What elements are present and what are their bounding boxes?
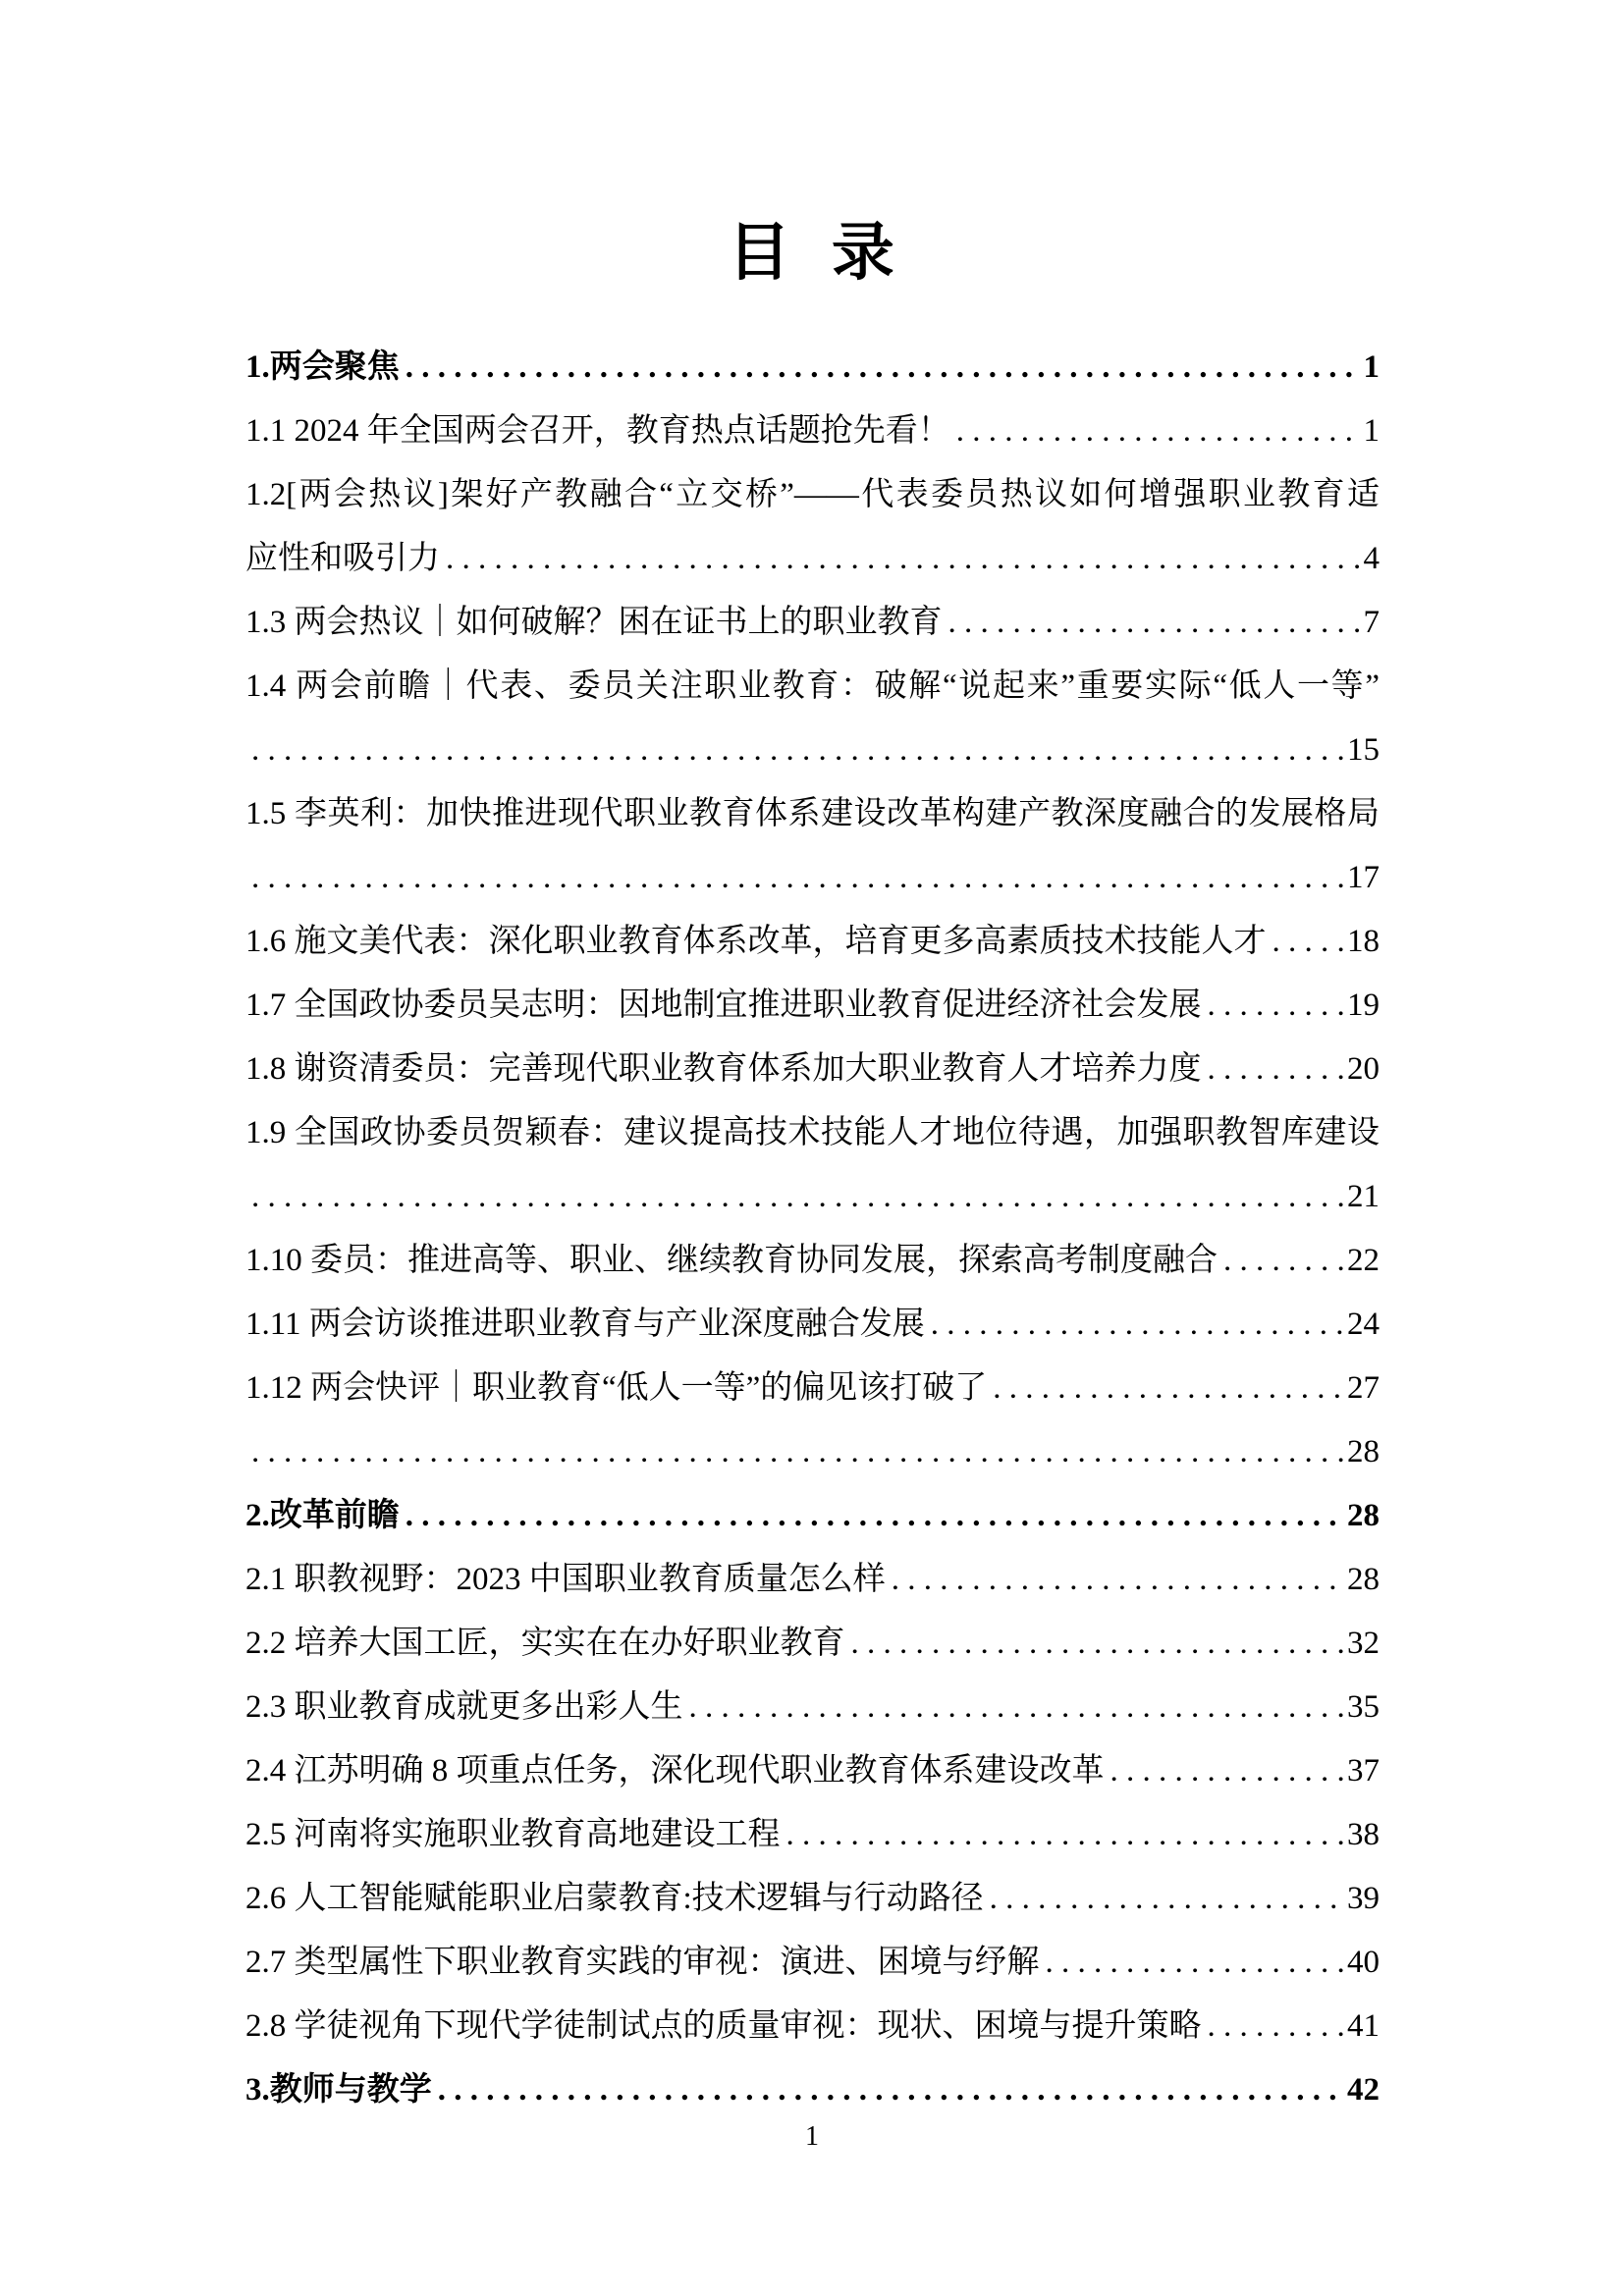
toc-leader-dots: . . . . . . . . . . . . . . . . . . . . … — [984, 1867, 1345, 1931]
toc-page-number: 20 — [1345, 1038, 1380, 1101]
toc-leader-dots: . . . . . . . . . . . . . . . . . . . . … — [245, 719, 1345, 782]
toc-leader-dots: . . . . . . . . . . . . . . . . . . . . … — [943, 591, 1362, 655]
toc-entry[interactable]: 1.5 李英利：加快推进现代职业教育体系建设改革构建产教深度融合的发展格局 — [245, 782, 1380, 846]
toc-page-number: 18 — [1345, 910, 1380, 974]
toc-leader-dots: . . . . . . . . . . . . . . . . . . . . … — [886, 1548, 1345, 1612]
toc-leader-dots: . . . . . . . . . . . . . . . . . . . . … — [1040, 1931, 1346, 1995]
toc-entry[interactable]: 2.7 类型属性下职业教育实践的审视：演进、困境与纾解. . . . . . .… — [245, 1931, 1380, 1995]
toc-page-number: 42 — [1345, 2058, 1380, 2122]
toc-title: 目 录 — [0, 214, 1624, 291]
toc-entry-text: 2.2 培养大国工匠，实实在在办好职业教育 — [245, 1612, 845, 1676]
toc-entry[interactable]: 1.4 两会前瞻｜代表、委员关注职业教育：破解“说起来”重要实际“低人一等” — [245, 655, 1380, 719]
toc-page-number: 19 — [1345, 974, 1380, 1038]
toc-entry-text: 1.两会聚焦 — [245, 336, 400, 400]
toc-page-number: 28 — [1345, 1420, 1380, 1484]
toc-entry[interactable]: 1.10 委员：推进高等、职业、继续教育协同发展，探索高考制度融合. . . .… — [245, 1229, 1380, 1293]
toc-entry[interactable]: 1.7 全国政协委员吴志明：因地制宜推进职业教育促进经济社会发展. . . . … — [245, 974, 1380, 1038]
toc-page-number: 17 — [1345, 846, 1380, 910]
toc-entry[interactable]: 1.2[两会热议]架好产教融合“立交桥”——代表委员热议如何增强职业教育适 — [245, 463, 1380, 527]
document-page: 目 录 1.两会聚焦. . . . . . . . . . . . . . . … — [0, 0, 1624, 2296]
toc-entry-text: 应性和吸引力 — [245, 527, 440, 591]
toc-entry[interactable]: 2.8 学徒视角下现代学徒制试点的质量审视：现状、困境与提升策略. . . . … — [245, 1995, 1380, 2058]
toc-leader-dots: . . . . . . . . . . . . . . . . . . . . … — [845, 1612, 1346, 1676]
toc-leader-dots: . . . . . . . . . . . . . . . . . . . . … — [245, 1420, 1345, 1484]
toc-page-number: 28 — [1345, 1484, 1380, 1548]
toc-entry[interactable]: 2.改革前瞻. . . . . . . . . . . . . . . . . … — [245, 1484, 1380, 1548]
toc-entry[interactable]: . . . . . . . . . . . . . . . . . . . . … — [245, 846, 1380, 910]
page-footer: 1 — [0, 2120, 1624, 2154]
toc-entry-text: 1.12 两会快评｜职业教育“低人一等”的偏见该打破了 — [245, 1357, 987, 1420]
toc-leader-dots: . . . . . . . . . . . . . . . . . . . . … — [781, 1803, 1346, 1867]
toc-leader-dots: . . . . . . . . . . . . . . . . . . . . … — [440, 527, 1362, 591]
toc-entry-text: 2.4 江苏明确 8 项重点任务，深化现代职业教育体系建设改革 — [245, 1739, 1105, 1803]
toc-entry[interactable]: 1.6 施文美代表：深化职业教育体系改革，培育更多高素质技术技能人才. . . … — [245, 910, 1380, 974]
toc-leader-dots: . . . . . . . . . . . . . . . . . . . . … — [400, 336, 1362, 400]
toc-entry-text: 2.8 学徒视角下现代学徒制试点的质量审视：现状、困境与提升策略 — [245, 1995, 1202, 2058]
toc-entry-text: 1.6 施文美代表：深化职业教育体系改革，培育更多高素质技术技能人才 — [245, 910, 1267, 974]
toc-page-number: 21 — [1345, 1165, 1380, 1229]
toc-page-number: 39 — [1345, 1867, 1380, 1931]
toc-entry-text: 1.4 两会前瞻｜代表、委员关注职业教育：破解“说起来”重要实际“低人一等” — [245, 668, 1380, 704]
toc-page-number: 35 — [1345, 1676, 1380, 1739]
toc-page-number: 40 — [1345, 1931, 1380, 1995]
toc-entry[interactable]: 应性和吸引力. . . . . . . . . . . . . . . . . … — [245, 527, 1380, 591]
toc-leader-dots: . . . . . . . . . . . . . . . . . . . . … — [1267, 910, 1346, 974]
toc-list: 1.两会聚焦. . . . . . . . . . . . . . . . . … — [245, 336, 1380, 2122]
page-number: 1 — [805, 2121, 819, 2152]
toc-entry[interactable]: . . . . . . . . . . . . . . . . . . . . … — [245, 1165, 1380, 1229]
toc-entry-text: 2.5 河南将实施职业教育高地建设工程 — [245, 1803, 781, 1867]
toc-entry-text: 1.2[两会热议]架好产教融合“立交桥”——代表委员热议如何增强职业教育适 — [245, 477, 1380, 512]
toc-page-number: 38 — [1345, 1803, 1380, 1867]
toc-entry[interactable]: 1.9 全国政协委员贺颖春：建议提高技术技能人才地位待遇，加强职教智库建设 — [245, 1101, 1380, 1165]
toc-leader-dots: . . . . . . . . . . . . . . . . . . . . … — [1202, 1038, 1346, 1101]
toc-leader-dots: . . . . . . . . . . . . . . . . . . . . … — [400, 1484, 1345, 1548]
toc-page-number: 27 — [1345, 1357, 1380, 1420]
toc-leader-dots: . . . . . . . . . . . . . . . . . . . . … — [1202, 974, 1346, 1038]
toc-leader-dots: . . . . . . . . . . . . . . . . . . . . … — [1218, 1229, 1345, 1293]
toc-page-number: 41 — [1345, 1995, 1380, 2058]
toc-entry[interactable]: 2.6 人工智能赋能职业启蒙教育:技术逻辑与行动路径. . . . . . . … — [245, 1867, 1380, 1931]
toc-page-number: 15 — [1345, 719, 1380, 782]
toc-entry[interactable]: . . . . . . . . . . . . . . . . . . . . … — [245, 719, 1380, 782]
toc-leader-dots: . . . . . . . . . . . . . . . . . . . . … — [987, 1357, 1345, 1420]
toc-entry-text: 2.3 职业教育成就更多出彩人生 — [245, 1676, 683, 1739]
toc-entry[interactable]: 1.8 谢资清委员：完善现代职业教育体系加大职业教育人才培养力度. . . . … — [245, 1038, 1380, 1101]
toc-leader-dots: . . . . . . . . . . . . . . . . . . . . … — [245, 1165, 1345, 1229]
toc-entry-text: 1.3 两会热议｜如何破解？困在证书上的职业教育 — [245, 591, 943, 655]
toc-entry-text: 2.6 人工智能赋能职业启蒙教育:技术逻辑与行动路径 — [245, 1867, 984, 1931]
toc-entry-text: 1.1 2024 年全国两会召开，教育热点话题抢先看！ — [245, 400, 950, 463]
toc-page-number: 1 — [1362, 336, 1380, 400]
toc-entry[interactable]: 2.5 河南将实施职业教育高地建设工程. . . . . . . . . . .… — [245, 1803, 1380, 1867]
toc-entry-text: 2.1 职教视野：2023 中国职业教育质量怎么样 — [245, 1548, 886, 1612]
toc-entry-text: 2.改革前瞻 — [245, 1484, 400, 1548]
toc-page-number: 24 — [1345, 1293, 1380, 1357]
toc-leader-dots: . . . . . . . . . . . . . . . . . . . . … — [245, 846, 1345, 910]
toc-entry[interactable]: 1.1 2024 年全国两会召开，教育热点话题抢先看！. . . . . . .… — [245, 400, 1380, 463]
toc-leader-dots: . . . . . . . . . . . . . . . . . . . . … — [683, 1676, 1346, 1739]
toc-entry[interactable]: . . . . . . . . . . . . . . . . . . . . … — [245, 1420, 1380, 1484]
toc-leader-dots: . . . . . . . . . . . . . . . . . . . . … — [1202, 1995, 1346, 2058]
toc-entry[interactable]: 1.11 两会访谈推进职业教育与产业深度融合发展. . . . . . . . … — [245, 1293, 1380, 1357]
toc-page-number: 28 — [1345, 1548, 1380, 1612]
toc-entry[interactable]: 1.12 两会快评｜职业教育“低人一等”的偏见该打破了. . . . . . .… — [245, 1357, 1380, 1420]
toc-entry[interactable]: 2.3 职业教育成就更多出彩人生. . . . . . . . . . . . … — [245, 1676, 1380, 1739]
toc-entry[interactable]: 2.1 职教视野：2023 中国职业教育质量怎么样. . . . . . . .… — [245, 1548, 1380, 1612]
toc-entry-text: 1.7 全国政协委员吴志明：因地制宜推进职业教育促进经济社会发展 — [245, 974, 1202, 1038]
toc-entry[interactable]: 2.2 培养大国工匠，实实在在办好职业教育. . . . . . . . . .… — [245, 1612, 1380, 1676]
toc-entry-text: 1.11 两会访谈推进职业教育与产业深度融合发展 — [245, 1293, 925, 1357]
toc-entry-text: 2.7 类型属性下职业教育实践的审视：演进、困境与纾解 — [245, 1931, 1040, 1995]
toc-entry-text: 1.8 谢资清委员：完善现代职业教育体系加大职业教育人才培养力度 — [245, 1038, 1202, 1101]
toc-entry[interactable]: 1.3 两会热议｜如何破解？困在证书上的职业教育. . . . . . . . … — [245, 591, 1380, 655]
toc-page-number: 7 — [1362, 591, 1380, 655]
toc-page-number: 22 — [1345, 1229, 1380, 1293]
toc-entry[interactable]: 3.教师与教学. . . . . . . . . . . . . . . . .… — [245, 2058, 1380, 2122]
toc-entry-text: 1.9 全国政协委员贺颖春：建议提高技术技能人才地位待遇，加强职教智库建设 — [245, 1115, 1380, 1150]
toc-leader-dots: . . . . . . . . . . . . . . . . . . . . … — [950, 400, 1362, 463]
toc-entry-text: 1.10 委员：推进高等、职业、继续教育协同发展，探索高考制度融合 — [245, 1229, 1218, 1293]
toc-page-number: 1 — [1362, 400, 1380, 463]
toc-page-number: 37 — [1345, 1739, 1380, 1803]
toc-page-number: 32 — [1345, 1612, 1380, 1676]
toc-leader-dots: . . . . . . . . . . . . . . . . . . . . … — [1105, 1739, 1346, 1803]
toc-entry-text: 1.5 李英利：加快推进现代职业教育体系建设改革构建产教深度融合的发展格局 — [245, 796, 1380, 831]
toc-entry-text: 3.教师与教学 — [245, 2058, 432, 2122]
toc-leader-dots: . . . . . . . . . . . . . . . . . . . . … — [925, 1293, 1345, 1357]
toc-leader-dots: . . . . . . . . . . . . . . . . . . . . … — [432, 2058, 1345, 2122]
toc-entry[interactable]: 2.4 江苏明确 8 项重点任务，深化现代职业教育体系建设改革. . . . .… — [245, 1739, 1380, 1803]
toc-entry[interactable]: 1.两会聚焦. . . . . . . . . . . . . . . . . … — [245, 336, 1380, 400]
toc-page-number: 4 — [1362, 527, 1380, 591]
